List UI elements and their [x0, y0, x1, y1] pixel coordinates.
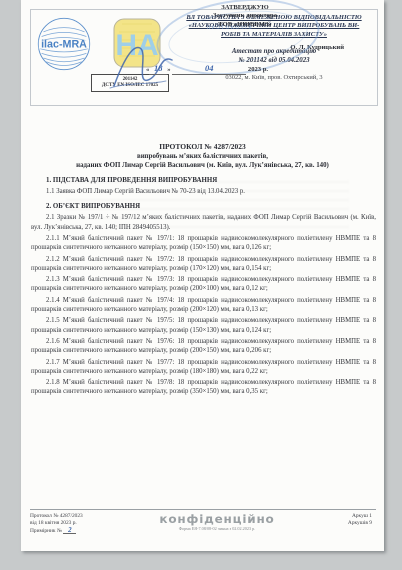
- footer-protocol-info: Протокол № 4287/2023 від 18 квітня 2023 …: [30, 513, 128, 536]
- confidential-stamp: конфіденційно: [128, 512, 306, 525]
- approval-block: ПРОТОКОЛІВ ЗАТВЕРДЖУЮ Заступник директор…: [120, 4, 370, 78]
- document-title: ПРОТОКОЛ № 4287/2023 випробувань м’яких …: [21, 142, 384, 170]
- approver-position: Заступник директора: [120, 12, 370, 20]
- page-footer: Протокол № 4287/2023 від 18 квітня 2023 …: [30, 509, 376, 535]
- paragraph-2-1-7: 2.1.7 М’який балістичний пакет № 197/7: …: [31, 358, 376, 376]
- handwritten-month: 04: [205, 63, 214, 73]
- paragraph-2-1-8: 2.1.8 М’який балістичний пакет № 197/8: …: [31, 378, 376, 396]
- protocol-number-title: ПРОТОКОЛ № 4287/2023: [21, 142, 384, 152]
- paragraph-2-1-1: 2.1.1 М’який балістичний пакет № 197/1: …: [31, 234, 376, 252]
- paragraph-2-1-5: 2.1.5 М’який балістичний пакет № 197/5: …: [31, 316, 376, 334]
- footer-sheet-info: Аркуш 1 Аркушів 9: [306, 513, 376, 528]
- page-bleed-through: [66, 178, 349, 228]
- document-page: ilac-MRA НА 201142 ДСТУ EN ISO/IEC 17025…: [21, 0, 384, 551]
- paragraph-2-1-6: 2.1.6 М’який балістичний пакет № 197/6: …: [31, 337, 376, 355]
- paragraph-2-1-3: 2.1.3 М’який балістичний пакет № 197/3: …: [31, 275, 376, 293]
- approval-date-line: «18» 04 2023 р.: [146, 64, 370, 75]
- svg-text:ilac-MRA: ilac-MRA: [41, 39, 87, 51]
- paragraph-2-1-2: 2.1.2 М’який балістичний пакет № 197/2: …: [31, 255, 376, 273]
- sheet-number: Аркуш 1: [306, 513, 372, 520]
- footer-center: конфіденційно Форма ЕЯ-7.08/08-02 чинна …: [128, 512, 306, 532]
- year-label: 2023 р.: [248, 66, 268, 73]
- handwritten-day: 18: [154, 63, 163, 73]
- ilac-mra-logo-icon: ilac-MRA: [36, 16, 92, 72]
- stamp-text: ПРОТОКОЛІВ: [120, 25, 340, 33]
- handwritten-copy-number: 2: [63, 527, 76, 534]
- approve-label: ЗАТВЕРДЖУЮ: [120, 4, 370, 12]
- sheets-total: Аркушів 9: [306, 520, 372, 527]
- form-reference: Форма ЕЯ-7.08/08-02 чинна з 02.02.2023 р…: [128, 526, 306, 531]
- paragraph-2-1-4: 2.1.4 М’який балістичний пакет № 197/4: …: [31, 296, 376, 314]
